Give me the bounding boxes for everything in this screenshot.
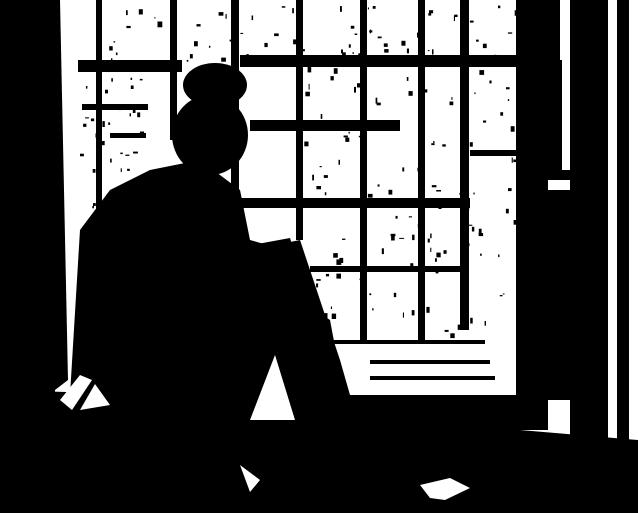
photo-scene — [0, 0, 638, 513]
